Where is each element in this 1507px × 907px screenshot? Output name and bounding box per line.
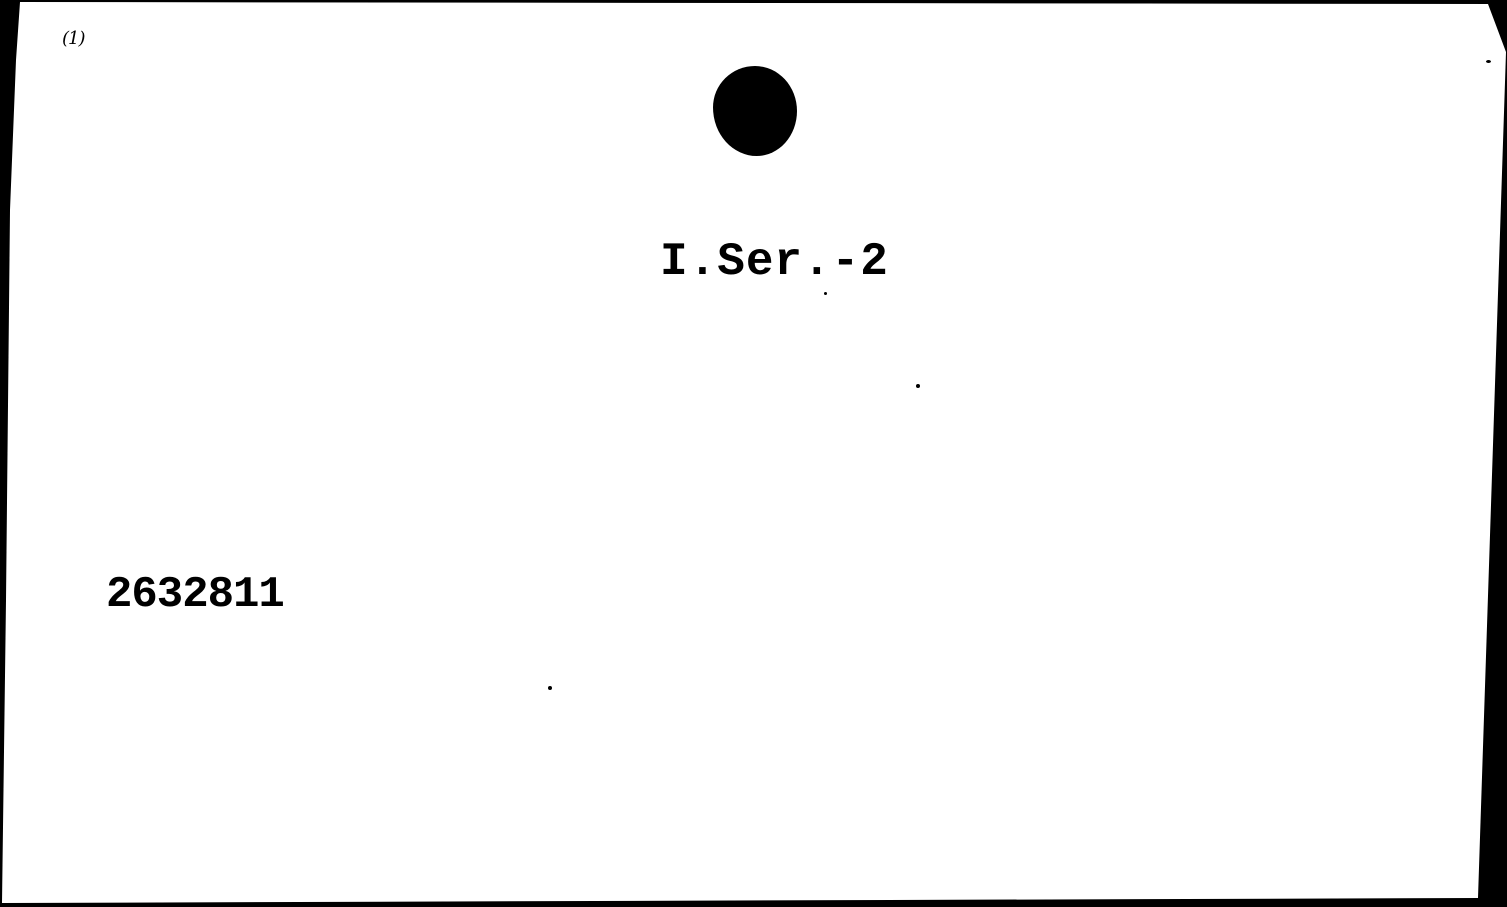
card-number: 2632811 xyxy=(106,570,284,620)
index-card: (1) I.Ser.-2 2632811 xyxy=(0,0,1507,907)
scan-speck xyxy=(916,384,920,388)
scan-speck xyxy=(1486,60,1491,63)
handwritten-mark: (1) xyxy=(62,28,85,49)
scan-speck xyxy=(824,292,827,295)
scan-speck xyxy=(548,686,552,690)
series-label: I.Ser.-2 xyxy=(660,236,889,288)
punch-hole xyxy=(713,66,797,156)
scanned-card-image: (1) I.Ser.-2 2632811 xyxy=(0,0,1507,907)
